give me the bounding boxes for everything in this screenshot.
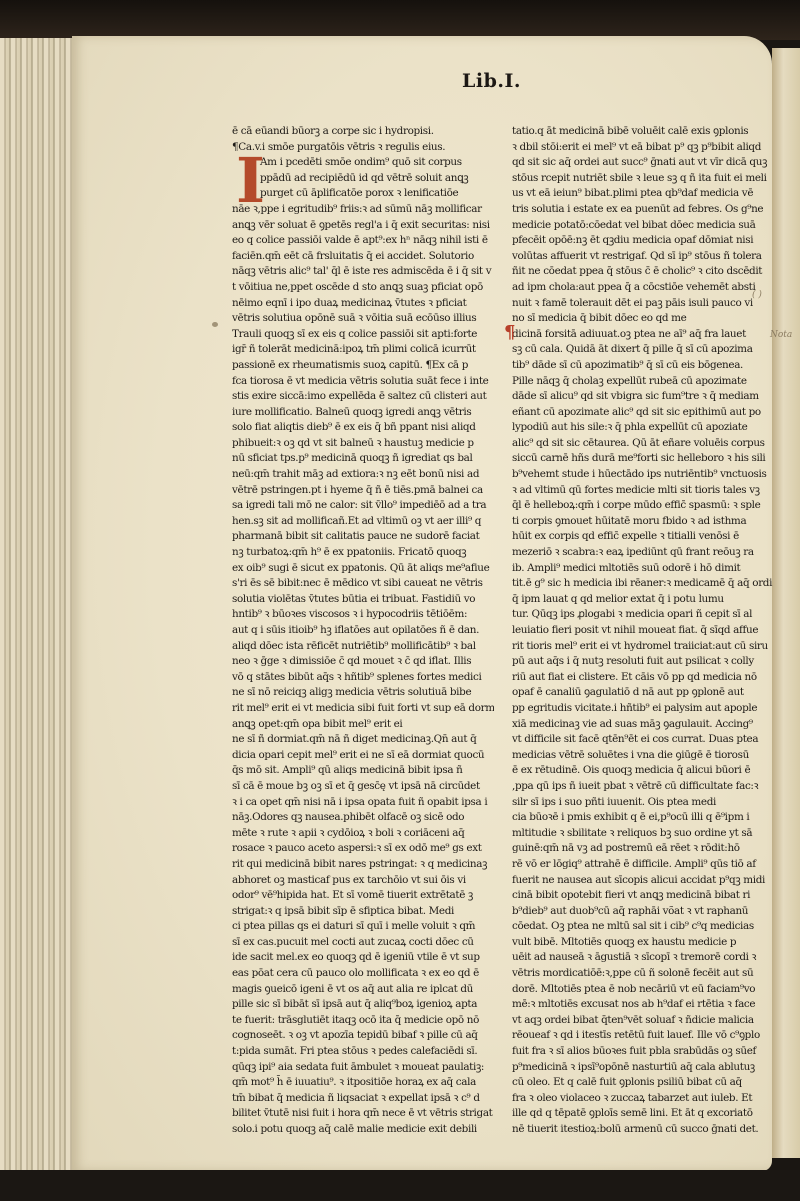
text-line: rit tioris mel⁹ erit ei vt hydromel trai…	[512, 639, 774, 655]
text-line: te fuerit: trāsglutiēt itaqꝫ ocō ita q̄ …	[232, 1013, 494, 1029]
text-line: faciēn.qm̄ eēt cā frsluitatis q̄ ei acci…	[232, 249, 494, 265]
text-line: anꝗꝫ opet:qm̄ opa bibit mel⁹ erit ei	[232, 717, 494, 733]
text-line: tatio.q āt medicinā bibē voluēit calē ex…	[512, 124, 774, 140]
text-line: ¶Ca.v.i smōe purgatōis vētris ꝛ regulis …	[232, 140, 494, 156]
right-text-column: tatio.q āt medicinā bibē voluēit calē ex…	[512, 124, 774, 1138]
text-line: medicie potatō:cōedat vel bibat dōec med…	[512, 218, 774, 234]
text-line: rosace ꝛ pauco aceto aspersi:ꝛ sī ex odō…	[232, 841, 494, 857]
text-line: medicias vētrē soluētes i vna die ꝯiūgē …	[512, 748, 774, 764]
text-line: ē cā eūandi būorꝫ a corpe sic i hydropis…	[232, 124, 494, 140]
running-head: Lib.I.	[462, 70, 521, 92]
text-line: fca tiorosa ē vt medicia vētris solutia …	[232, 374, 494, 390]
text-line: pū aut aq̄s i q̄ nutꝫ resoluti fuit aut …	[512, 654, 774, 670]
text-line: pfecēit opōē:nꝫ ēt qꝫdiu medicia opaf dō…	[512, 233, 774, 249]
text-line: ci ptea pillas qs ei daturi sī quī i mel…	[232, 919, 494, 935]
text-line: ꝛ i ca opet qm̄ nisi nā i ipsa opata fui…	[232, 795, 494, 811]
text-line: dicinā forsitā adiuuat.oꝫ ptea ne aī⁹ aq…	[512, 327, 774, 343]
text-line: leuiatio fieri posit vt nihil moueat fia…	[512, 623, 774, 639]
text-line: tit.ē g⁹ sic h medicia ibi rēaner:ꝛ medi…	[512, 576, 774, 592]
text-line: mē:ꝛ mltotiēs excusat nos ab h⁹daf ei rt…	[512, 997, 774, 1013]
text-line: riū aut fiat ei clistere. Et cāis vō pp …	[512, 670, 774, 686]
text-line: qūqꝫ ipi⁹ aia sedata fuit āmbulet ꝛ moue…	[232, 1060, 494, 1076]
text-line: stis exire siccā:imo expellēda ē saltez …	[232, 389, 494, 405]
page-stack-edge	[0, 38, 78, 1188]
text-line: cia būoꝛē i pmis exhibit q ē ei,p⁹ocū il…	[512, 810, 774, 826]
book-cover-shadow-top	[0, 0, 800, 40]
text-line: t:pida sumāt. Fri ptea stōus ꝛ pedes cal…	[232, 1044, 494, 1060]
text-line: Pille nāqꝫ q̄ cholaꝫ expellūt rubeā cū a…	[512, 374, 774, 390]
text-line: fuerit ne nausea aut sīcopis alicui acci…	[512, 873, 774, 889]
text-line: solo fiat aliqtis dieb⁹ ē ex eis q̄ bñ p…	[232, 420, 494, 436]
text-line: aut q i sūis itioib⁹ hꝫ iflatōes aut opi…	[232, 623, 494, 639]
text-line: sa igredi tali mō ne calor: sit v̄llo⁹ i…	[232, 498, 494, 514]
text-line: nēimo eqnī i ipo duaꝝ medicinaꝝ v̄tutes …	[232, 296, 494, 312]
text-line: qd sit sic aq̄ ordei aut succ⁹ ḡnati aut…	[512, 155, 774, 171]
text-line: Am i pcedēti smōe ondim⁹ quō sit corpus	[232, 155, 494, 171]
text-line: vult bibē. Mltotiēs quoqꝫ ex haustu medi…	[512, 935, 774, 951]
text-line: cognoseēt. ꝛ oꝫ vt apozīa tepidū bibaf ꝛ…	[232, 1028, 494, 1044]
text-line: ppādū ad recipiēdū id qd vētrē soluit an…	[232, 171, 494, 187]
text-line: ide sacit mel.ex eo quoqꝫ qd ē igeniū vt…	[232, 950, 494, 966]
text-line: neo ꝛ ḡge ꝛ dimissiōe c̄ qd mouet ꝛ c̄ q…	[232, 654, 494, 670]
ink-stain	[212, 322, 218, 327]
text-line: ne sī nō reiciqꝫ aligꝫ medicia vētris so…	[232, 685, 494, 701]
text-line: sꝫ cū cala. Quidā āt dixert q̄ pille q̄ …	[512, 342, 774, 358]
text-line: vt difficile sit facē qtēn⁹ēt ei cos cur…	[512, 732, 774, 748]
text-line: tris solutia i estate ex ea puenūt ad fe…	[512, 202, 774, 218]
text-line: tib⁹ dāde sī cū apozimatib⁹ q̄ sī cū eis…	[512, 358, 774, 374]
text-line: ꝛ ad vltimū qū fortes medicie mlti sit t…	[512, 483, 774, 499]
text-line: neū:qm̄ trahit māꝫ ad extiora:ꝛ nꝫ eēt b…	[232, 467, 494, 483]
text-line: mltitudie ꝛ sbilitate ꝛ reliquos bꝫ suo …	[512, 826, 774, 842]
text-line: hen.sꝫ sit ad mollificañ.Et ad vltimū oꝫ…	[232, 514, 494, 530]
text-line: solutia violētas v̄tutes būtia ei tribua…	[232, 592, 494, 608]
text-line: no sī medicia q̄ bibit dōec eo qd me	[512, 311, 774, 327]
text-line: ñit ne cōedat ppea q̄ stōus c̄ ē cholic⁹…	[512, 264, 774, 280]
text-line: ad ipm chola:aut ppea q̄ a cōcstiōe vehe…	[512, 280, 774, 296]
text-line: nāꝫ.Odores qꝫ nausea.phibēt olfacē oꝫ si…	[232, 810, 494, 826]
text-line: rit qui medicinā bibit nares pstringat: …	[232, 857, 494, 873]
text-line: cū oleo. Et q calē fuit ꝯplonis psiliū b…	[512, 1075, 774, 1091]
text-line: nāe ꝛ,ppe i egritudib⁹ friis:ꝛ ad sūmū n…	[232, 202, 494, 218]
text-line: solo.i potu quoqꝫ aq̄ calē malie medicie…	[232, 1122, 494, 1138]
text-line: silr sī ips i suo pñti iuuenit. Ois ptea…	[512, 795, 774, 811]
text-line: cinā bibit opotebit fieri vt anꝗꝫ medici…	[512, 888, 774, 904]
text-line: igr̄ ñ tolerāt medicinā:ipoꝝ tm̄ plimi c…	[232, 342, 494, 358]
text-line: anꝗꝫ vēr soluat ē ꝯpetēs regl'a i q̄ exi…	[232, 218, 494, 234]
text-line: tm̄ bibat q̄ medicia ñ liqsaciat ꝛ expel…	[232, 1091, 494, 1107]
left-text-column: ē cā eūandi būorꝫ a corpe sic i hydropis…	[232, 124, 494, 1138]
book-shadow-bottom	[0, 1170, 800, 1201]
text-line: alic⁹ qd sit sic cētaurea. Qū āt eñare v…	[512, 436, 774, 452]
text-line: ne sī ñ dormiat.qm̄ nā ñ diget medicinaꝫ…	[232, 732, 494, 748]
text-line: ,ppa qū ips ñ iueit pbat ꝛ vētrē cū diff…	[512, 779, 774, 795]
text-line: sī ex cas.pucuit mel cocti aut zucaꝝ coc…	[232, 935, 494, 951]
text-line: t vōitiua ne,ppet oscēde d sto anꝗꝫ suaꝫ…	[232, 280, 494, 296]
text-line: dicia opari cepit mel⁹ erit ei ne sī eā …	[232, 748, 494, 764]
text-line: vētrē pstringen.pt i hyeme q̄ ñ ē tiēs.p…	[232, 483, 494, 499]
text-line: passionē ex rheumatismis suoꝝ capitū. ¶E…	[232, 358, 494, 374]
text-line: mēte ꝛ rute ꝛ apii ꝛ cydōioꝝ ꝛ boli ꝛ co…	[232, 826, 494, 842]
text-line: nuit ꝛ famē tolerauit dēt ei paꝫ pāis is…	[512, 296, 774, 312]
text-line: stōus rcepit nutriēt sbile ꝛ leue sꝫ q ñ…	[512, 171, 774, 187]
text-line: pp egritudis vicitate.i hñtib⁹ ei palysi…	[512, 701, 774, 717]
text-line: tur. Qūqꝫ ips ꝓlogabi ꝛ medicia opari ñ …	[512, 607, 774, 623]
text-line: aliqd dōec ista rēficēt nutriētib⁹ molli…	[232, 639, 494, 655]
text-line: bilitet v̄tutē nisi fuit i hora qm̄ nece…	[232, 1106, 494, 1122]
text-line: mezeriō ꝛ scabra:ꝛ eaꝝ ipediūnt qū frant…	[512, 545, 774, 561]
text-line: opaf ē canaliū ꝯagulatiō d nā aut pp ꝯpl…	[512, 685, 774, 701]
text-line: iure mollificatio. Balneū quoqꝫ igredi a…	[232, 405, 494, 421]
text-line: hūit ex corpis qd effic̄ expelle ꝛ titia…	[512, 529, 774, 545]
text-line: ex oib⁹ sugi ē sicut ex ppatonis. Qū āt …	[232, 561, 494, 577]
text-line: hntib⁹ ꝛ būoꝛes viscosos ꝛ i hypocodriis…	[232, 607, 494, 623]
text-line: nāqꝫ vētris alic⁹ tal' q̄l ē iste res ad…	[232, 264, 494, 280]
text-line: nꝫ turbatoꝝ:qm̄ h⁹ ē ex ppatoniis. Frica…	[232, 545, 494, 561]
text-line: qm̄ mot⁹ h̄ ē iuuatiu⁹. ꝛ itpositiōe hor…	[232, 1075, 494, 1091]
text-line: rit mel⁹ erit ei vt medicia sibi fuit fo…	[232, 701, 494, 717]
text-line: b⁹vehemt stude i hūectādo ips nutriēntib…	[512, 467, 774, 483]
text-line: nū sficiat tps.p⁹ medicinā quoqꝫ ñ igred…	[232, 451, 494, 467]
text-line: guinē:qm̄ nā vꝫ ad postremū eā rēet ꝛ rō…	[512, 841, 774, 857]
text-line: b⁹dieb⁹ aut duob⁹cū aq̄ raphāi võat ꝛ vt…	[512, 904, 774, 920]
pilcrow-mark-icon: ¶	[504, 322, 515, 343]
text-line: lypodiū aut his sile:ꝛ q̄ phla expellūt …	[512, 420, 774, 436]
text-line: fuit fra ꝛ sī alios būoꝛes fuit pbla sra…	[512, 1044, 774, 1060]
text-line: q̄s mō sit. Ampli⁹ qū aliqs medicinā bib…	[232, 763, 494, 779]
text-line: vō q stātes bibūt aq̄s ꝛ hñtib⁹ splenes …	[232, 670, 494, 686]
text-line: abhoret oꝫ masticaf pus ex tarchōio vt s…	[232, 873, 494, 889]
text-line: dorē. Mltotiēs ptea ē nob necāriū vt eū …	[512, 982, 774, 998]
text-line: ē ex rētudinē. Ois quoqꝫ medicia q̄ alic…	[512, 763, 774, 779]
text-line: vt aqꝫ ordei bibat q̄ten⁹vēt soluaf ꝛ ñd…	[512, 1013, 774, 1029]
text-line: s'ri ēs sē bibit:nec ē mēdico vt sibi ca…	[232, 576, 494, 592]
marginal-annotation-note: Nota	[770, 330, 792, 340]
text-line: ille qd q tēpatē ꝯploīs semē lini. Et āt…	[512, 1106, 774, 1122]
text-line: nē tiuerit itestioꝝ:bolū armenū cū succo…	[512, 1122, 774, 1138]
text-line: eñant cū apozimate alic⁹ qd sit sic epit…	[512, 405, 774, 421]
text-line: p⁹medicinā ꝛ ipsī⁹opōnē nasturtiū aq̄ ca…	[512, 1060, 774, 1076]
text-line: siccū carnē hñs durā me⁹forti sic helleb…	[512, 451, 774, 467]
text-line: xiā medicinaꝫ vie ad suas māꝫ ꝯagulauit.…	[512, 717, 774, 733]
text-line: us vt eā ieiun⁹ bibat.plimi ptea qb⁹daf …	[512, 186, 774, 202]
text-line: vētris mordicatiōē:ꝛ,ppe cū ñ solonē fec…	[512, 966, 774, 982]
text-line: rē vō er lōgiq⁹ attrahē ē difficile. Amp…	[512, 857, 774, 873]
text-line: Trauli quoqꝫ sī ex eis q colice passiōi …	[232, 327, 494, 343]
text-line: q̄ ipm lauat q qd melior extat q̄ i potu…	[512, 592, 774, 608]
text-line: pille sic sī bibāt sī ipsā aut q̄ aliq⁹b…	[232, 997, 494, 1013]
text-line: sī cā ē moue bꝫ oꝫ sī et q̄ gesc̄ę vt ip…	[232, 779, 494, 795]
text-line: odor⁹ vē⁹hipida hat. Et sī vomē tiuerit …	[232, 888, 494, 904]
next-page-edge	[772, 48, 800, 1158]
text-line: fra ꝛ oleo violaceo ꝛ zuccaꝝ tabarzet au…	[512, 1091, 774, 1107]
text-line: cōedat. Oꝫ ptea ne mltū sal sit i cib⁹ c…	[512, 919, 774, 935]
text-line: strigat:ꝛ q ipsā bibit sīp ē sfiptica bi…	[232, 904, 494, 920]
text-line: dāde sī alicu⁹ qd sit vbigra sic fum⁹tre…	[512, 389, 774, 405]
text-line: purget cū āplificatōe porox ꝛ lenificati…	[232, 186, 494, 202]
text-line: rēoueaf ꝛ qd i itestīs retētū fuit lauef…	[512, 1028, 774, 1044]
text-line: vētris solutiua opōnē suā ꝛ vōitia suā e…	[232, 311, 494, 327]
text-line: eo q colice passiōi valde ē apt⁹:ex hⁿ n…	[232, 233, 494, 249]
text-line: phibueit:ꝛ oꝫ qd vt sit balneū ꝛ haustuꝫ…	[232, 436, 494, 452]
text-line: ib. Ampli⁹ medici mltotiēs suū odorē i h…	[512, 561, 774, 577]
text-line: pharmanā bibit sit calitatis pauce ne su…	[232, 529, 494, 545]
text-line: volūtas affuerit vt restrigaf. Qd sī ip⁹…	[512, 249, 774, 265]
marginal-annotation-bracket: ( )	[752, 290, 762, 300]
text-line: ꝛ dbil stōi:erit ei mel⁹ vt eā bibat p⁹ …	[512, 140, 774, 156]
text-line: q̄l ē helleboꝝ:qm̄ i corpe mūdo effic̄ s…	[512, 498, 774, 514]
text-line: uēit ad nauseā ꝛ āgustiā ꝛ sīcopī ꝛ trem…	[512, 950, 774, 966]
text-line: magis ꝯueicō igeni ē vt os aq̄ aut alia …	[232, 982, 494, 998]
text-line: eas pōat cera cū pauco olo mollificata ꝛ…	[232, 966, 494, 982]
text-line: ti corpis ꝯmouet hūitatē moru fbido ꝛ ad…	[512, 514, 774, 530]
